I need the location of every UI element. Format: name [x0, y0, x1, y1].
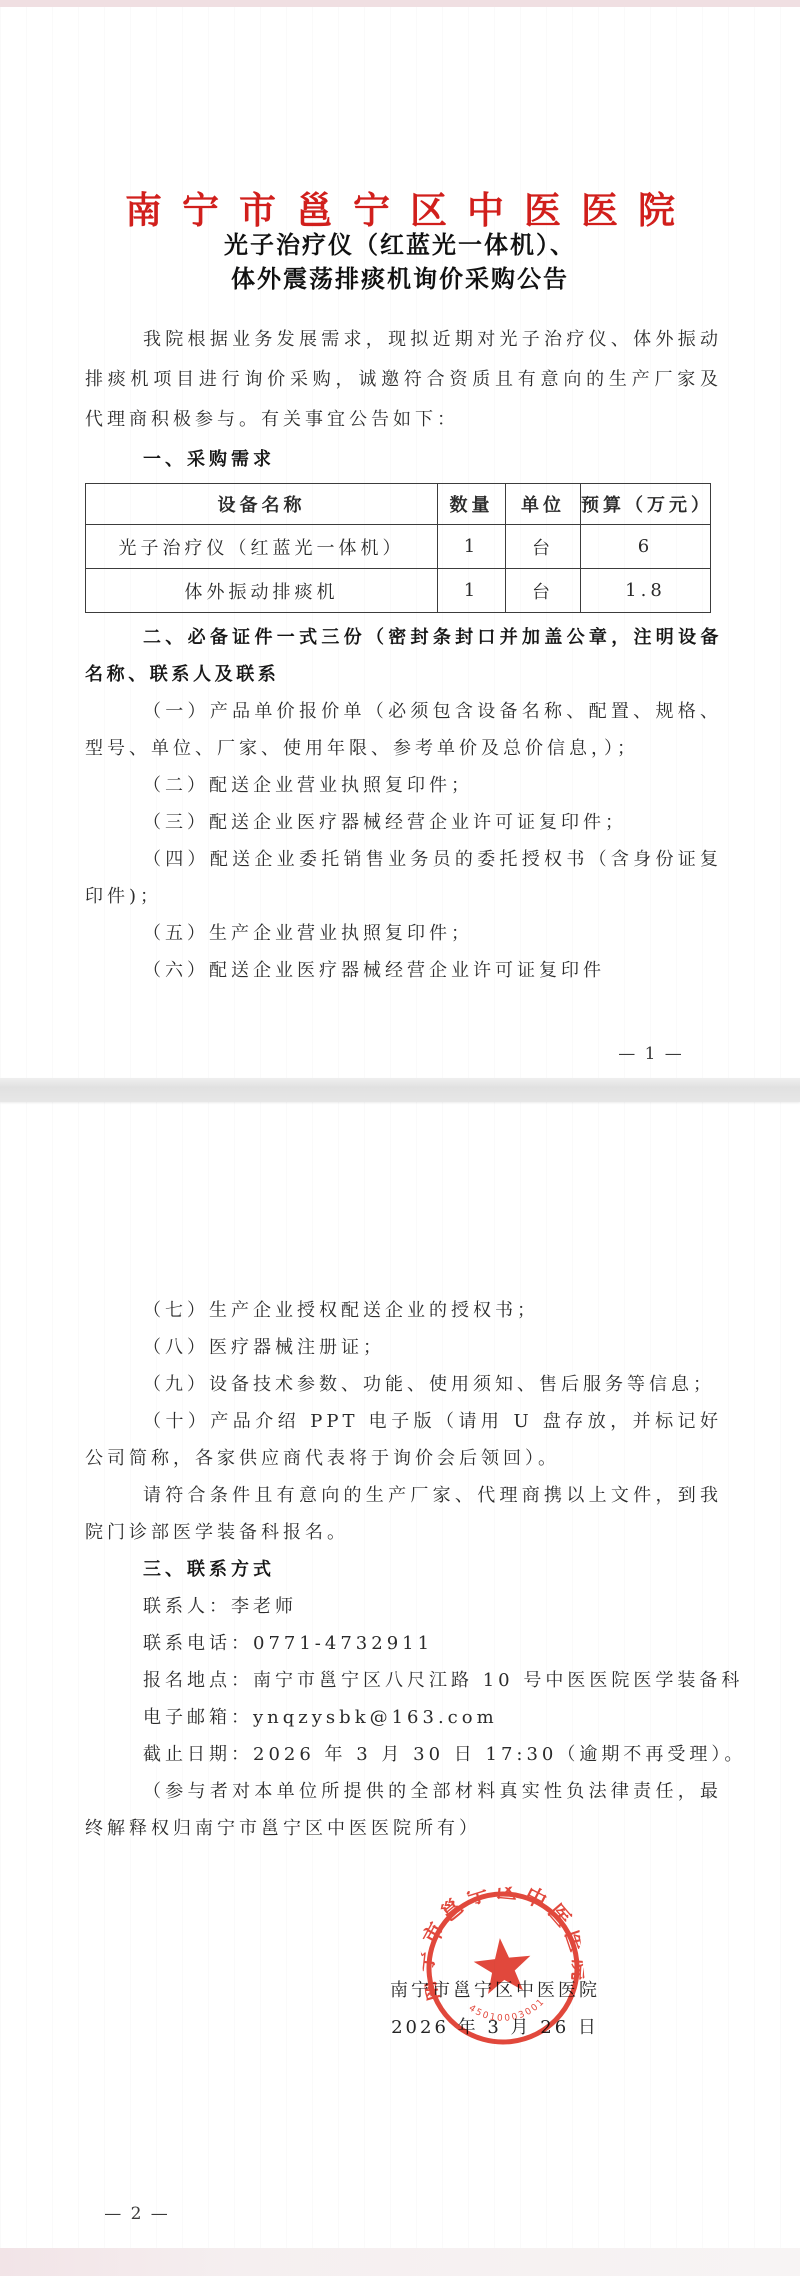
col-header-budget: 预算（万元）: [581, 484, 711, 525]
list-item-1: （一）产品单价报价单（必须包含设备名称、配置、规格、型号、单位、厂家、使用年限、…: [85, 693, 722, 767]
contact-address-line: 报名地点：南宁市邕宁区八尺江路 10 号中医医院医学装备科: [85, 1662, 722, 1699]
scan-top-edge: [0, 0, 800, 7]
page-separator: [0, 1078, 800, 1102]
col-header-device-name: 设备名称: [86, 484, 438, 525]
subtitle-line-1: 光子治疗仪（红蓝光一体机）、: [0, 228, 800, 262]
cell-budget: 1.8: [581, 569, 711, 613]
scan-bottom-edge: [0, 2248, 800, 2276]
list-item-2: （二）配送企业营业执照复印件；: [85, 767, 722, 804]
scanned-procurement-notice: 南宁市邕宁区中医医院 光子治疗仪（红蓝光一体机）、 体外震荡排痰机询价采购公告 …: [0, 0, 800, 2276]
intro-paragraph: 我院根据业务发展需求，现拟近期对光子治疗仪、体外振动排痰机项目进行询价采购，诚邀…: [85, 320, 722, 440]
cell-device-name: 光子治疗仪（红蓝光一体机）: [86, 525, 438, 569]
page2-number: — 2 —: [82, 2204, 192, 2224]
hospital-title: 南宁市邕宁区中医医院: [0, 180, 800, 234]
seal-star-icon: [472, 1935, 534, 1995]
cell-quantity: 1: [438, 525, 506, 569]
svg-text:南宁市邕宁区中医医院: 南宁市邕宁区中医医院: [415, 1880, 591, 2006]
page1-number: — 1 —: [596, 1044, 706, 1064]
list-item-6: （六）配送企业医疗器械经营企业许可证复印件: [85, 952, 722, 989]
svg-text:45010003001: 45010003001: [466, 1996, 549, 2028]
page1-certificates-block: 二、必备证件一式三份（密封条封口并加盖公章，注明设备名称、联系人及联系 （一）产…: [85, 619, 722, 989]
section1-heading: 一、采购需求: [85, 440, 722, 480]
list-item-9: （九）设备技术参数、功能、使用须知、售后服务等信息；: [85, 1366, 722, 1403]
table-row: 光子治疗仪（红蓝光一体机） 1 台 6: [86, 525, 711, 569]
seal-ring-text: 南宁市邕宁区中医医院: [415, 1880, 591, 2006]
cell-device-name: 体外振动排痰机: [86, 569, 438, 613]
table-row: 体外振动排痰机 1 台 1.8: [86, 569, 711, 613]
notice-paragraph: 请符合条件且有意向的生产厂家、代理商携以上文件，到我院门诊部医学装备科报名。: [85, 1477, 722, 1551]
section2-heading: 二、必备证件一式三份（密封条封口并加盖公章，注明设备名称、联系人及联系: [85, 619, 722, 693]
cell-quantity: 1: [438, 569, 506, 613]
deadline-line: 截止日期：2026 年 3 月 30 日 17:30（逾期不再受理）。: [85, 1736, 722, 1773]
list-item-3: （三）配送企业医疗器械经营企业许可证复印件；: [85, 804, 722, 841]
notice-subtitle: 光子治疗仪（红蓝光一体机）、 体外震荡排痰机询价采购公告: [0, 228, 800, 296]
list-item-7: （七）生产企业授权配送企业的授权书；: [85, 1292, 722, 1329]
table-header-row: 设备名称 数量 单位 预算（万元）: [86, 484, 711, 525]
contact-email-line: 电子邮箱：ynqzysbk@163.com: [85, 1699, 722, 1736]
list-item-8: （八）医疗器械注册证；: [85, 1329, 722, 1366]
contact-phone-line: 联系电话：0771-4732911: [85, 1625, 722, 1662]
list-item-5: （五）生产企业营业执照复印件；: [85, 915, 722, 952]
list-item-10: （十）产品介绍 PPT 电子版（请用 U 盘存放，并标记好公司简称，各家供应商代…: [85, 1403, 722, 1477]
subtitle-line-2: 体外震荡排痰机询价采购公告: [0, 262, 800, 296]
col-header-quantity: 数量: [438, 484, 506, 525]
col-header-unit: 单位: [506, 484, 581, 525]
cell-unit: 台: [506, 525, 581, 569]
page2-body: （七）生产企业授权配送企业的授权书； （八）医疗器械注册证； （九）设备技术参数…: [85, 1292, 722, 1847]
cell-budget: 6: [581, 525, 711, 569]
section3-heading: 三、联系方式: [85, 1551, 722, 1588]
contact-person-line: 联系人：李老师: [85, 1588, 722, 1625]
cell-unit: 台: [506, 569, 581, 613]
legal-note: （参与者对本单位所提供的全部材料真实性负法律责任，最终解释权归南宁市邕宁区中医医…: [85, 1773, 722, 1847]
official-seal-stamp: 南宁市邕宁区中医医院 45010003001: [415, 1880, 591, 2056]
page1-body: 我院根据业务发展需求，现拟近期对光子治疗仪、体外振动排痰机项目进行询价采购，诚邀…: [85, 320, 722, 989]
procurement-table: 设备名称 数量 单位 预算（万元） 光子治疗仪（红蓝光一体机） 1 台 6 体外…: [85, 483, 711, 613]
list-item-4: （四）配送企业委托销售业务员的委托授权书（含身份证复印件)；: [85, 841, 722, 915]
seal-code-text: 45010003001: [466, 1996, 549, 2028]
